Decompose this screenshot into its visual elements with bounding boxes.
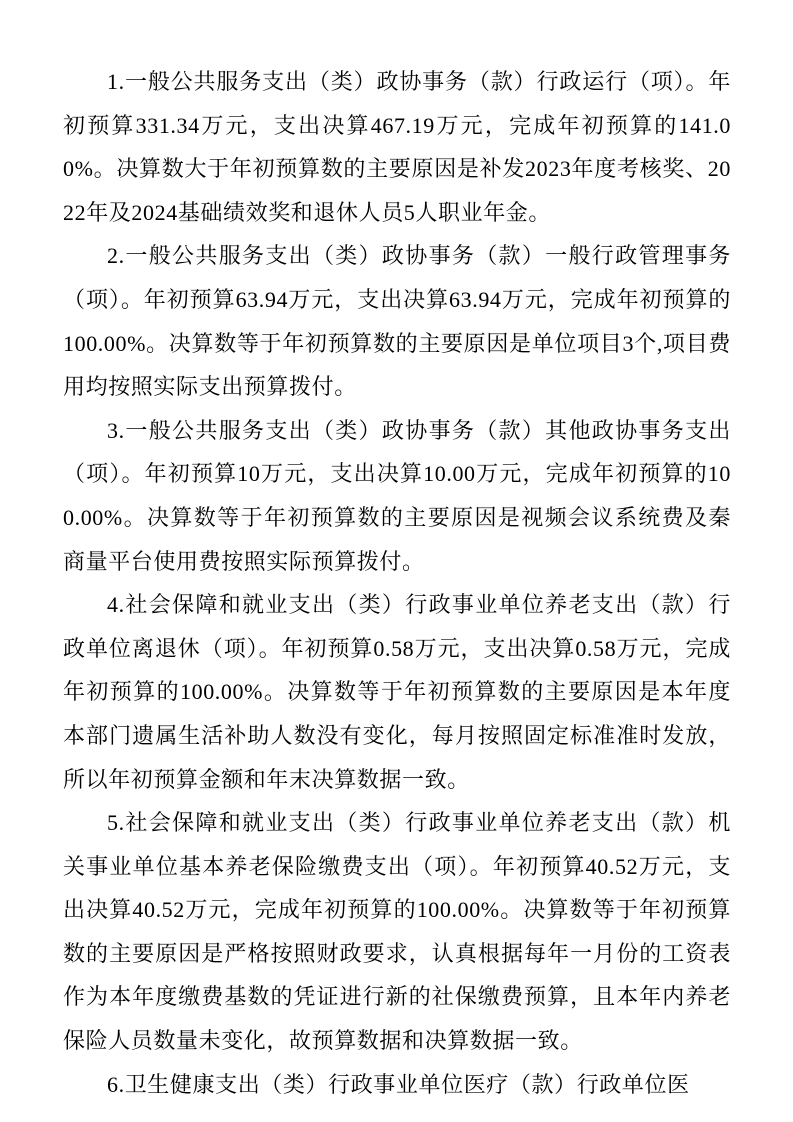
paragraph-3: 3.一般公共服务支出（类）政协事务（款）其他政协事务支出（项）。年初预算10万元…: [63, 409, 731, 583]
paragraph-5: 5.社会保障和就业支出（类）行政事业单位养老支出（款）机关事业单位基本养老保险缴…: [63, 801, 731, 1063]
paragraph-1: 1.一般公共服务支出（类）政协事务（款）行政运行（项）。年初预算331.34万元…: [63, 60, 731, 234]
paragraph-2: 2.一般公共服务支出（类）政协事务（款）一般行政管理事务（项）。年初预算63.9…: [63, 234, 731, 408]
document-body: 1.一般公共服务支出（类）政协事务（款）行政运行（项）。年初预算331.34万元…: [63, 60, 731, 1106]
paragraph-4: 4.社会保障和就业支出（类）行政事业单位养老支出（款）行政单位离退休（项）。年初…: [63, 583, 731, 801]
document-page: 1.一般公共服务支出（类）政协事务（款）行政运行（项）。年初预算331.34万元…: [0, 0, 793, 1122]
paragraph-6: 6.卫生健康支出（类）行政事业单位医疗（款）行政单位医: [63, 1063, 731, 1107]
